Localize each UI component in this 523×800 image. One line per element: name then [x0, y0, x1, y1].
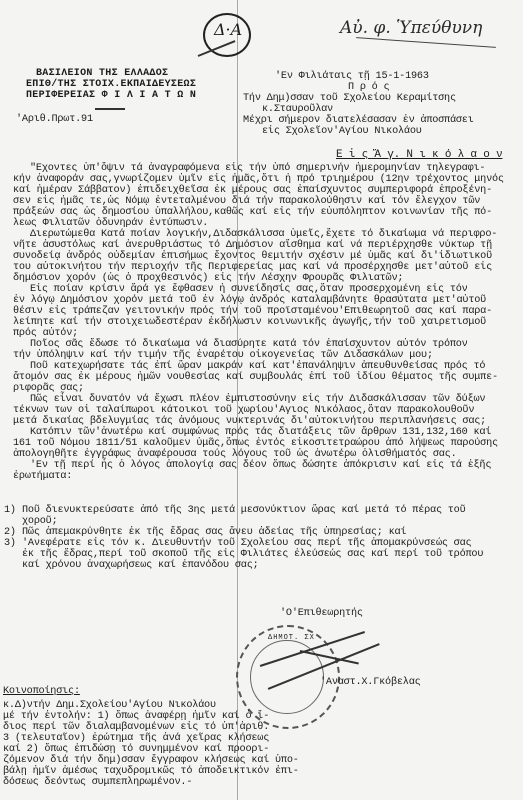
body-line: ἄτομόν σας ἐκ μέρους ἡμῶν νουθεσίας καί … [13, 372, 498, 383]
recipient-line-2: κ.Σταυροῦλαν [262, 104, 333, 115]
signature-title: 'Ο'Επιθεωρητής [280, 608, 363, 619]
question-line: Ποῦ διενυκτερεύσατε ἀπό τῆς 3ης μετά μεσ… [22, 505, 466, 516]
destination-heading: Ε ἰ ς Ἅ γ. Ν ι κ ό λ α ο ν [336, 150, 502, 161]
question-line: Πῶς ἀπεμακρύνθητε ἐκ τῆς ἕδρας σας ἄνευ … [22, 527, 406, 538]
cc-line: 3 (τελευταῖον) ἐρώτημα τῆς ἀνά χεῖρας κλ… [3, 733, 269, 744]
cc-heading: Κοινοποίησις: [3, 686, 80, 697]
to-label: Π ρ ό ς [348, 82, 389, 93]
body-line: 'Εν τῇ περί ἧς ὁ λόγος ἀπολογίᾳ σας δέον… [30, 460, 491, 471]
body-line: Διερωτώμεθα Κατά ποίαν λογικήν,Διδασκάλι… [30, 229, 497, 240]
body-line: ριφορᾶς σας; [13, 383, 84, 394]
cc-line: βάλῃ ἡμῖν ἀμέσως ταχυδρομικῶς τό ἀποδεικ… [3, 766, 299, 777]
body-line: Ποῖος σᾶς ἔδωσε τό δικαίωμα νά διασύρητε… [30, 339, 468, 350]
recipient-line-3: Μέχρι σήμερον διατελέσασαν ἐν ἀποσπάσει [243, 115, 474, 126]
body-line: "Εχοντες ὑπ'ὄψιν τά ἀναγραφόμενα εἰς τήν… [30, 163, 485, 174]
body-line: καί ἡμέραν Σάββατον) ἐπιδειχθεῖσα ἐκ μέρ… [13, 185, 492, 196]
question-line: ἐκ τῆς ἕδρας,περί τοῦ σκοποῦ τῆς εἰς Φιλ… [22, 549, 483, 560]
scanned-letter-page: Δ·Α Αὐ. φ. Ὑπεύθυνη ΒΑΣΙΛΕΙΟΝ ΤΗΣ ΕΛΛΑΔΟ… [0, 0, 523, 800]
cc-line: διος περί τῶν διαλαμβανομένων εἰς τό ὑπ'… [3, 722, 269, 733]
cc-line: μέ τήν ἐντολήν: 1) ὅπως ἀναφέρῃ ἡμῖν καί… [3, 711, 269, 722]
header-underline [95, 108, 125, 110]
body-line: του αὐτοκινήτου τήν περιοχήν τῆς Περιφερ… [13, 262, 492, 273]
handwritten-note: Αὐ. φ. Ὑπεύθυνη [340, 18, 482, 38]
body-line: τήν ὑπόληψιν καί τήν τιμήν τῆς ἐναρέτου … [13, 350, 433, 361]
body-line: σεν εἰς ἡμᾶς τε,ὡς Νόμῳ ἐντεταλμένου διά… [13, 196, 480, 207]
seal-text: ΔΗΜΟΤ. ΣΧ [268, 634, 315, 642]
body-line: Ποῦ κατεχωρήσατε τάς ἐπί ὥραν μακράν καί… [30, 361, 485, 372]
official-seal-inner-ring [250, 640, 324, 714]
body-line: μετά δικαίας βδελυγμίας τάς ἀνόμους νυκτ… [13, 416, 486, 427]
question-number: 3) [4, 538, 16, 549]
body-line: συνοδείᾳ ἀνδρός οὐδεμίαν ἐπισήμως ἔχοντο… [13, 251, 492, 262]
protocol-number: 'Αριθ.Πρωτ.91 [16, 114, 93, 125]
body-line: πρός αὐτόν; [13, 328, 78, 339]
circled-initials-text: Δ·Α [214, 20, 242, 39]
cc-line: ζόμενον διά τήν δημ)σσαν ἔγγραφον κλήσεω… [3, 755, 299, 766]
body-line: δημόσιον χορόν (ὡς ὁ προχθεσινός) εἰς τή… [13, 273, 403, 284]
body-line: λείπητε καί τήν στοιχειωδεστέραν ἐκδήλωσ… [13, 317, 486, 328]
body-line: ἐν λόγῳ Δημόσιον χορόν μετά τοῦ ἐν λόγῳ … [13, 295, 486, 306]
cc-line: καί 2) ὅπως ἐπιδώσῃ τό συνημμένον καί πρ… [3, 744, 269, 755]
body-line: Εἰς ποίαν κρίσιν ἄρά γε ἔφθασεν ἡ συνείδ… [30, 284, 468, 295]
body-line: νῆτε ἀσυστόλως καί ἀνερυθριάστως τό Δημό… [13, 240, 492, 251]
question-number: 1) [4, 505, 16, 516]
recipient-line-1: Τήν Δημ)σσαν τοῦ Σχολείου Κεραμίτσης [243, 93, 456, 104]
body-line: κήν ἀναφοράν σας,γνωρίζομεν ὑμῖν εἰς ἡμᾶ… [13, 174, 504, 185]
body-line: πράξεών σας ὡς δημοσίου ὑπαλλήλου,καθῶς … [13, 207, 492, 218]
place-date: 'Εν Φιλιάταις τῇ 15-1-1963 [275, 71, 429, 82]
question-line: χοροῦ; [22, 516, 57, 527]
body-line: ἀπολογηθῆτε ἐγγράφως ἀναφέρουσα τούς λόγ… [13, 449, 457, 460]
body-line: 161 τοῦ Νόμου 1811/51 καλοῦμεν ὑμᾶς,ὅπως… [13, 438, 498, 449]
recipient-line-4: εἰς Σχολεῖον'Αγίου Νικολάου [262, 126, 422, 137]
signatory-name: 'Αναστ.Χ.Γκόβελας [320, 677, 421, 688]
cc-line: κ.Δ)ντήν Δημ.Σχολείου'Αγίου Νικολάου [3, 700, 216, 711]
body-line: λεως Φιλιατῶν ὀδυνηράν ἐντύπωσιν. [13, 218, 208, 229]
question-line: καί χρόνου ἀναχωρήσεως καί ἐπανόδου σας; [22, 560, 259, 571]
body-line: Κατόπιν τῶν'ἀνωτέρω καί συμφώνως πρός τά… [30, 427, 491, 438]
body-line: θέσιν εἰς τράπεζαν γειτονικήν πρός τήν τ… [13, 306, 492, 317]
cc-line: δόσεως δεόντως συμπεπληρωμένον.- [3, 777, 192, 788]
header-region: ΠΕΡΙΦΕΡΕΙΑΣ Φ Ι Λ Ι Α Τ Ω Ν [26, 90, 196, 101]
question-line: 'Ανεφέρατε εἰς τόν κ. Διευθυντήν τοῦ Σχο… [22, 538, 471, 549]
body-line: ἐρωτήματα: [13, 471, 72, 482]
handwritten-underline [356, 37, 496, 48]
question-number: 2) [4, 527, 16, 538]
body-line: Πῶς εἶναι δυνατόν νά ἔχωσι πλέον ἐμπιστο… [30, 394, 485, 405]
header-inspectorate: ΕΠΙΘ/ΤΗΣ ΣΤΟΙΧ.ΕΚΠΑΙΔΕΥΣΕΩΣ [26, 79, 196, 90]
header-kingdom: ΒΑΣΙΛΕΙΟΝ ΤΗΣ ΕΛΛΑΔΟΣ [36, 68, 168, 79]
body-line: τέκνων των οἱ ταλαίπωροι κάτοικοι τοῦ χω… [13, 405, 474, 416]
